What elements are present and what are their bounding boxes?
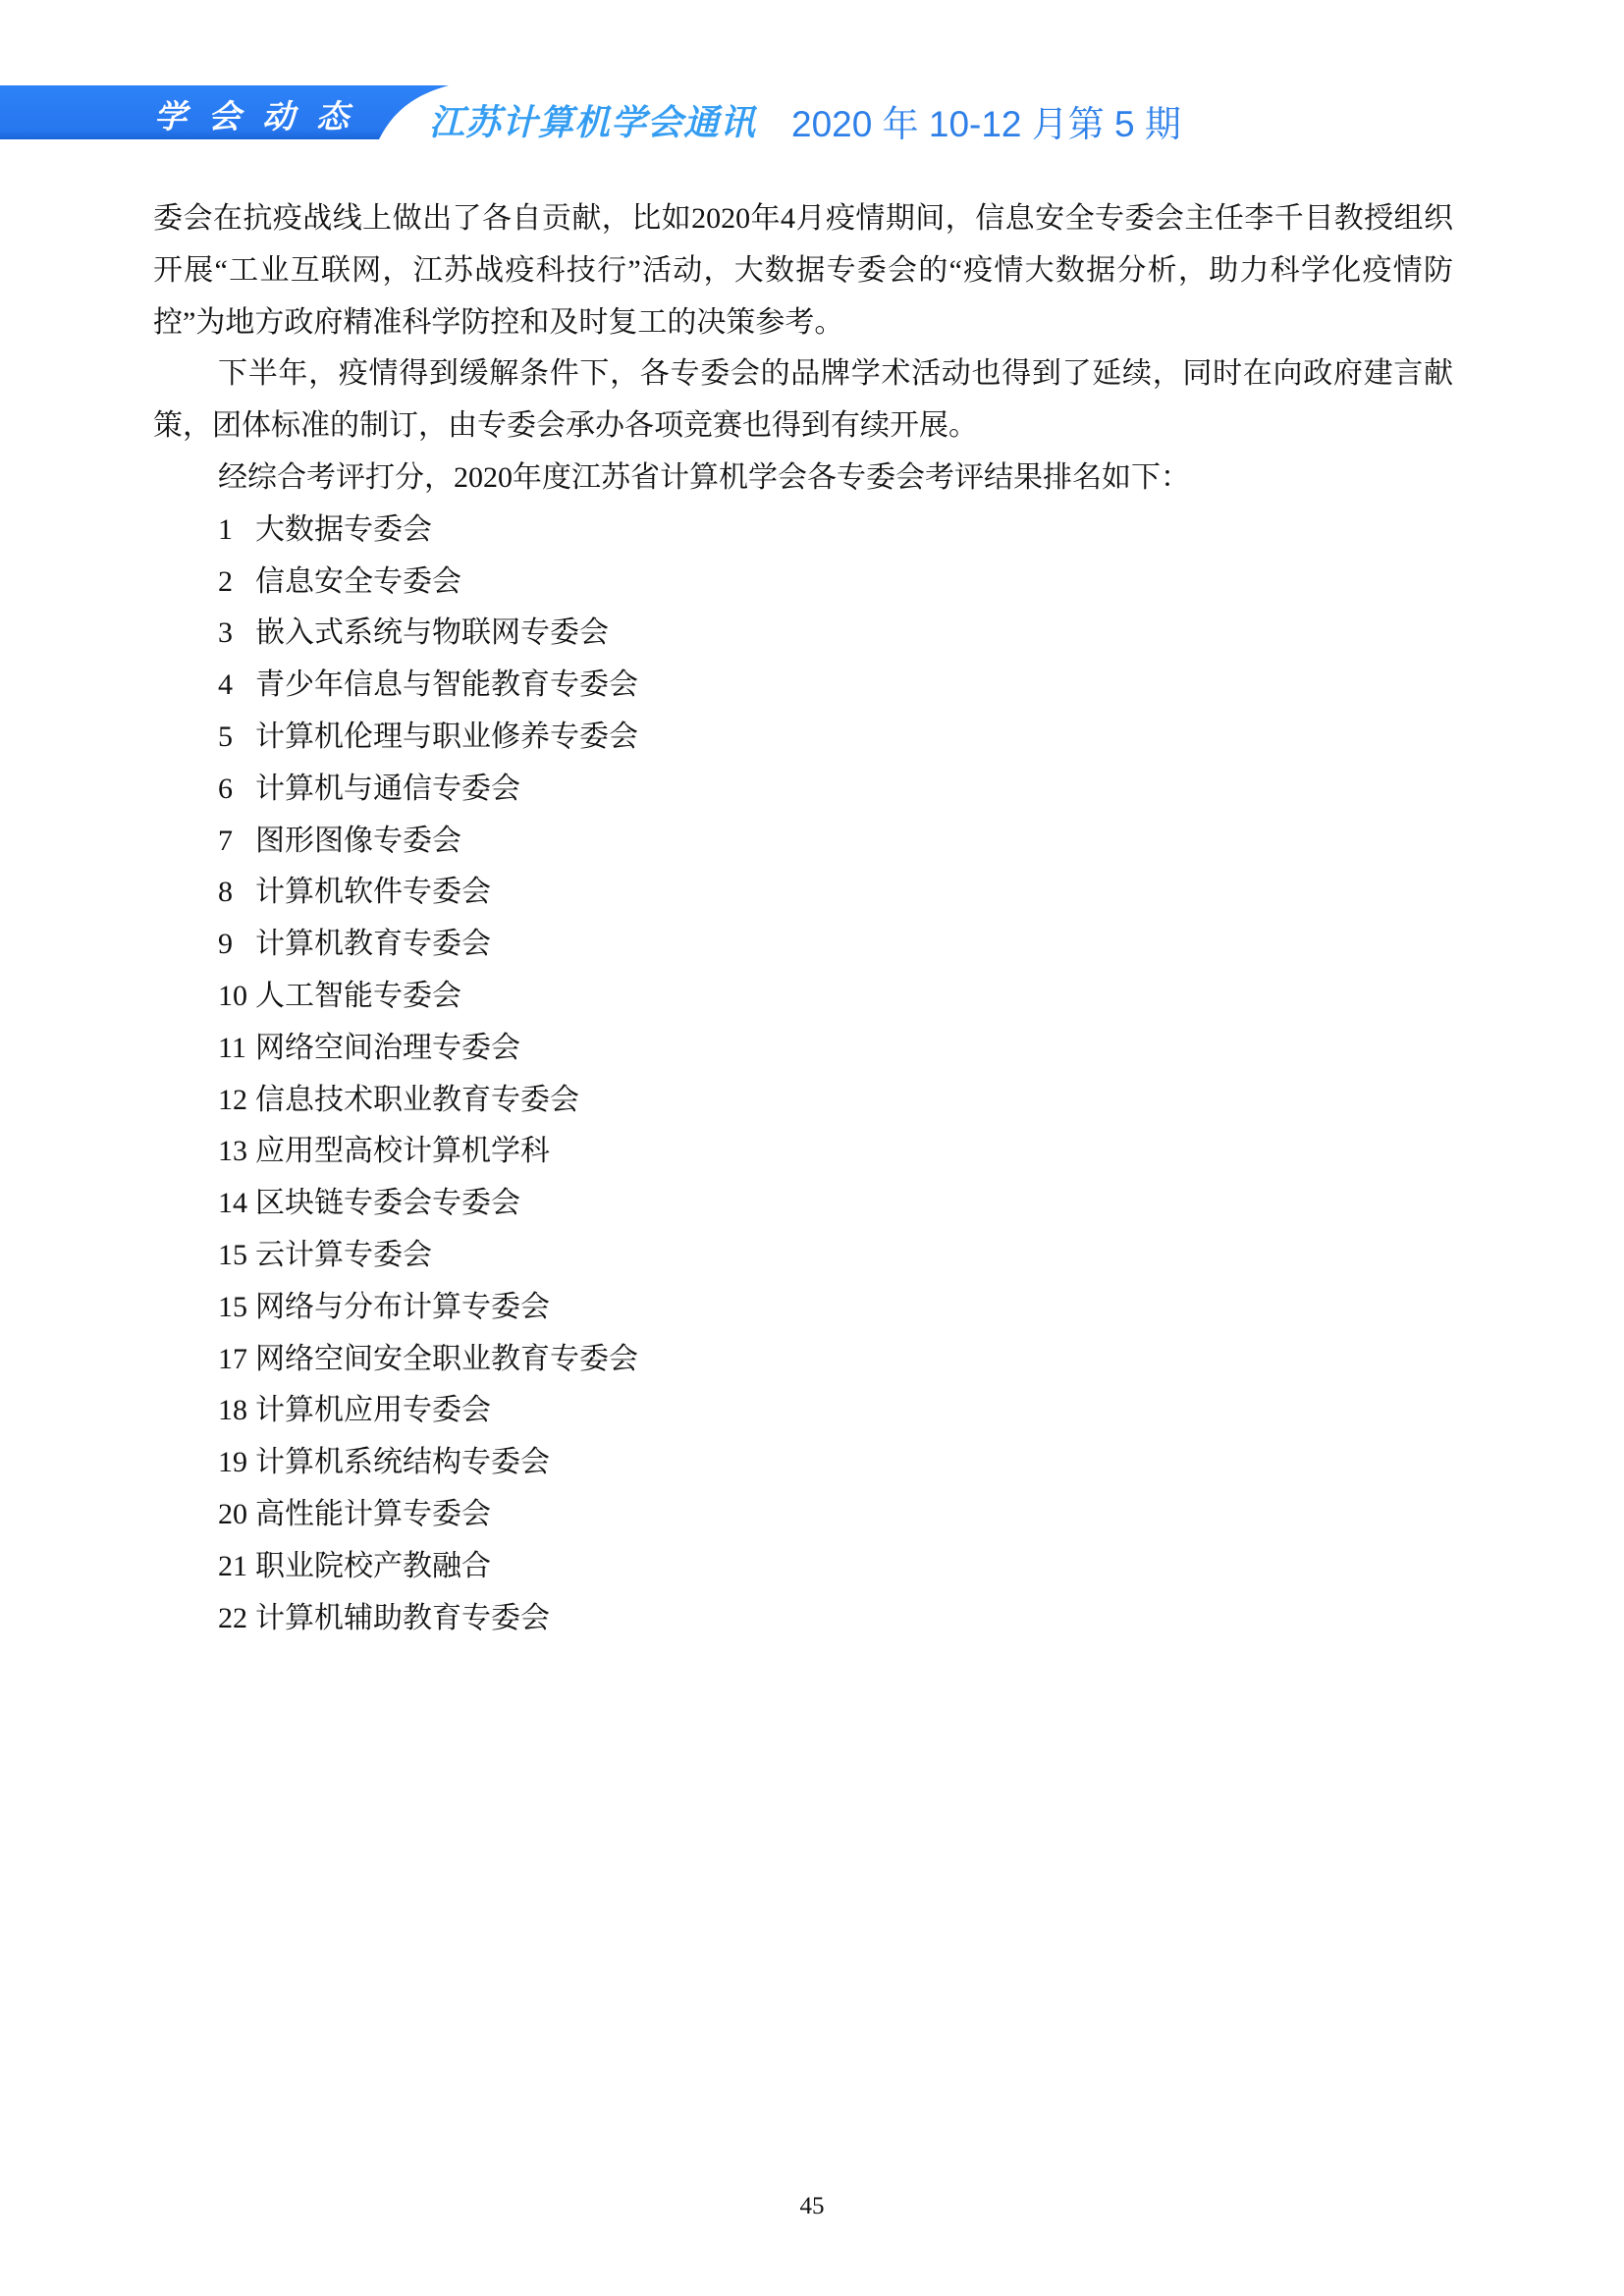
issue-date: 2020 年 10-12 月第 5 期: [791, 94, 1181, 147]
committee-name: 大数据专委会: [255, 505, 432, 557]
ranking-item: 15云计算专委会: [218, 1230, 1453, 1282]
rank-number: 9: [218, 919, 255, 971]
committee-name: 信息安全专委会: [255, 557, 461, 609]
committee-name: 计算机教育专委会: [255, 919, 491, 971]
committee-name: 图形图像专委会: [255, 816, 461, 868]
committee-name: 网络与分布计算专委会: [255, 1282, 550, 1334]
committee-name: 嵌入式系统与物联网专委会: [255, 608, 609, 660]
rank-number: 5: [218, 712, 255, 764]
ranking-item: 14区块链专委会专委会: [218, 1178, 1453, 1230]
ranking-list: 1大数据专委会2信息安全专委会3嵌入式系统与物联网专委会4青少年信息与智能教育专…: [218, 505, 1453, 1645]
ranking-item: 13应用型高校计算机学科: [218, 1126, 1453, 1178]
rank-number: 12: [218, 1075, 255, 1127]
rank-number: 22: [218, 1593, 255, 1645]
ranking-item: 19计算机系统结构专委会: [218, 1437, 1453, 1489]
rank-number: 15: [218, 1230, 255, 1282]
ranking-item: 4青少年信息与智能教育专委会: [218, 660, 1453, 712]
ranking-item: 5计算机伦理与职业修养专委会: [218, 712, 1453, 764]
rank-number: 4: [218, 660, 255, 712]
ranking-item: 2信息安全专委会: [218, 557, 1453, 609]
publication-title: 江苏计算机学会通讯: [429, 95, 756, 145]
ranking-item: 21职业院校产教融合: [218, 1541, 1453, 1593]
section-label: 学会动态: [154, 91, 380, 137]
ranking-item: 18计算机应用专委会: [218, 1385, 1453, 1437]
ranking-item: 11网络空间治理专委会: [218, 1023, 1453, 1075]
paragraph-continuation: 委会在抗疫战线上做出了各自贡献，比如2020年4月疫情期间，信息安全专委会主任李…: [153, 193, 1453, 348]
committee-name: 计算机与通信专委会: [255, 764, 520, 816]
committee-name: 人工智能专委会: [255, 971, 461, 1023]
committee-name: 网络空间治理专委会: [255, 1023, 520, 1075]
committee-name: 高性能计算专委会: [255, 1489, 491, 1541]
ranking-item: 10人工智能专委会: [218, 971, 1453, 1023]
rank-number: 20: [218, 1489, 255, 1541]
committee-name: 云计算专委会: [255, 1230, 432, 1282]
ranking-item: 22计算机辅助教育专委会: [218, 1593, 1453, 1645]
committee-name: 计算机辅助教育专委会: [255, 1593, 550, 1645]
rank-number: 13: [218, 1126, 255, 1178]
committee-name: 职业院校产教融合: [255, 1541, 491, 1593]
rank-number: 19: [218, 1437, 255, 1489]
ranking-item: 12信息技术职业教育专委会: [218, 1075, 1453, 1127]
rank-number: 11: [218, 1023, 255, 1075]
committee-name: 计算机系统结构专委会: [255, 1437, 550, 1489]
ranking-item: 20高性能计算专委会: [218, 1489, 1453, 1541]
rank-number: 10: [218, 971, 255, 1023]
committee-name: 计算机伦理与职业修养专委会: [255, 712, 638, 764]
ranking-item: 9计算机教育专委会: [218, 919, 1453, 971]
rank-number: 7: [218, 816, 255, 868]
ranking-item: 8计算机软件专委会: [218, 867, 1453, 919]
ranking-item: 1大数据专委会: [218, 505, 1453, 557]
rank-number: 17: [218, 1334, 255, 1386]
committee-name: 计算机应用专委会: [255, 1385, 491, 1437]
rank-number: 2: [218, 557, 255, 609]
ranking-item: 17网络空间安全职业教育专委会: [218, 1334, 1453, 1386]
page-number: 45: [0, 2193, 1624, 2220]
rank-number: 21: [218, 1541, 255, 1593]
ranking-item: 6计算机与通信专委会: [218, 764, 1453, 816]
rank-number: 15: [218, 1282, 255, 1334]
ranking-item: 15网络与分布计算专委会: [218, 1282, 1453, 1334]
ranking-item: 3嵌入式系统与物联网专委会: [218, 608, 1453, 660]
committee-name: 网络空间安全职业教育专委会: [255, 1334, 638, 1386]
committee-name: 应用型高校计算机学科: [255, 1126, 550, 1178]
rank-number: 3: [218, 608, 255, 660]
ranking-item: 7图形图像专委会: [218, 816, 1453, 868]
rank-number: 6: [218, 764, 255, 816]
committee-name: 青少年信息与智能教育专委会: [255, 660, 638, 712]
rank-number: 1: [218, 505, 255, 557]
rank-number: 18: [218, 1385, 255, 1437]
paragraph-ranking-intro: 经综合考评打分，2020年度江苏省计算机学会各专委会考评结果排名如下：: [153, 453, 1453, 505]
committee-name: 区块链专委会专委会: [255, 1178, 520, 1230]
paragraph: 下半年，疫情得到缓解条件下，各专委会的品牌学术活动也得到了延续，同时在向政府建言…: [153, 348, 1453, 453]
article-body: 委会在抗疫战线上做出了各自贡献，比如2020年4月疫情期间，信息安全专委会主任李…: [153, 193, 1453, 1644]
page: 学会动态 江苏计算机学会通讯 2020 年 10-12 月第 5 期 委会在抗疫…: [0, 0, 1624, 2296]
rank-number: 14: [218, 1178, 255, 1230]
committee-name: 计算机软件专委会: [255, 867, 491, 919]
rank-number: 8: [218, 867, 255, 919]
committee-name: 信息技术职业教育专委会: [255, 1075, 579, 1127]
